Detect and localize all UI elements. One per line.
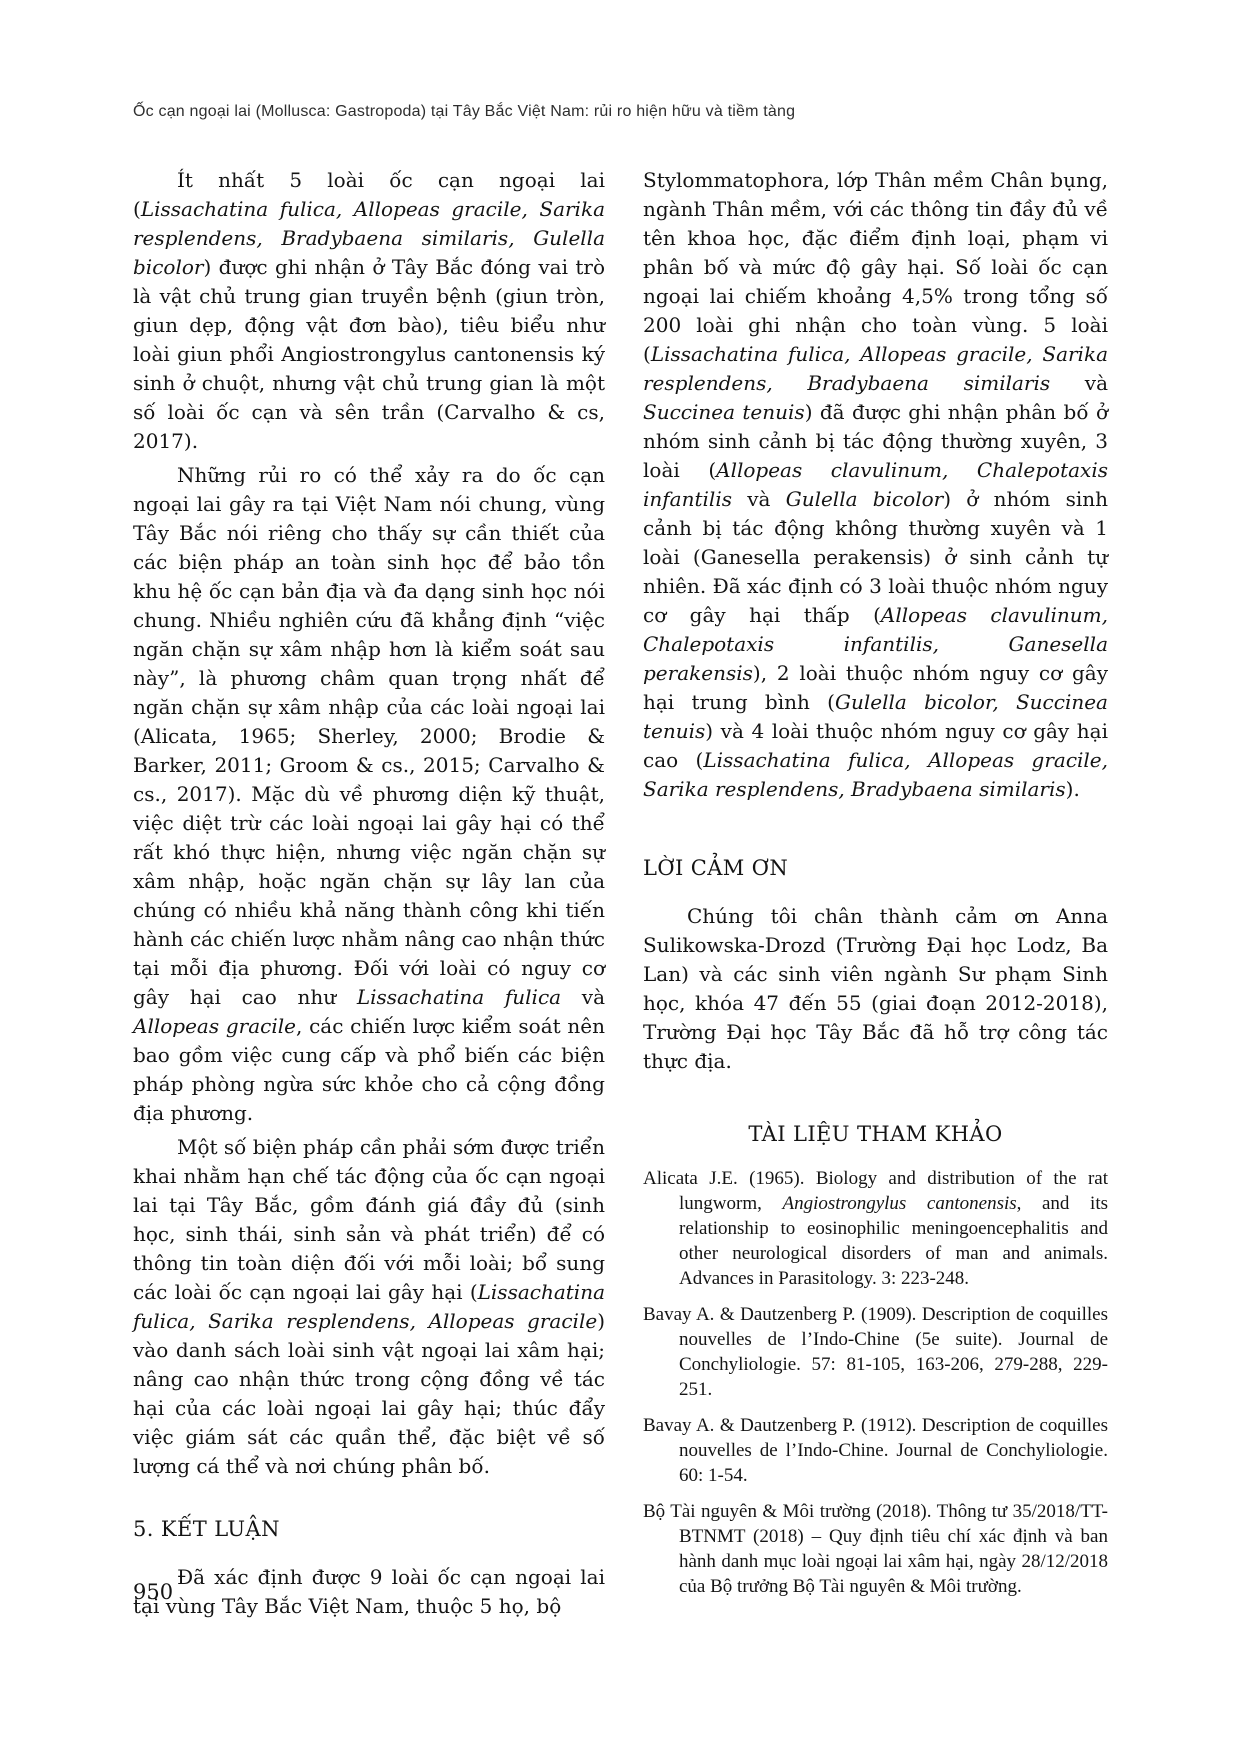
reference-entry: Bavay A. & Dautzenberg P. (1909). Descri… xyxy=(643,1302,1108,1402)
page-number: 950 xyxy=(133,1580,173,1604)
paragraph: Ít nhất 5 loài ốc cạn ngoại lai (Lissach… xyxy=(133,166,605,456)
left-column: Ít nhất 5 loài ốc cạn ngoại lai (Lissach… xyxy=(133,166,605,1626)
conclusion-paragraph: Đã xác định được 9 loài ốc cạn ngoại lai… xyxy=(133,1563,605,1621)
running-header: Ốc cạn ngoại lai (Mollusca: Gastropoda) … xyxy=(133,103,1033,121)
reference-entry: Alicata J.E. (1965). Biology and distrib… xyxy=(643,1166,1108,1291)
two-column-body: Ít nhất 5 loài ốc cạn ngoại lai (Lissach… xyxy=(133,166,1108,1626)
conclusion-heading: 5. KẾT LUẬN xyxy=(133,1517,605,1541)
paragraph: Một số biện pháp cần phải sớm được triển… xyxy=(133,1133,605,1481)
paragraph: Stylommatophora, lớp Thân mềm Chân bụng,… xyxy=(643,166,1108,804)
paragraph: Những rủi ro có thể xảy ra do ốc cạn ngo… xyxy=(133,461,605,1128)
paper-page: Ốc cạn ngoại lai (Mollusca: Gastropoda) … xyxy=(0,0,1240,1753)
acknowledgement-paragraph: Chúng tôi chân thành cảm ơn Anna Sulikow… xyxy=(643,902,1108,1076)
reference-entry: Bộ Tài nguyên & Môi trường (2018). Thông… xyxy=(643,1499,1108,1599)
right-column: Stylommatophora, lớp Thân mềm Chân bụng,… xyxy=(643,166,1108,1626)
reference-entry: Bavay A. & Dautzenberg P. (1912). Descri… xyxy=(643,1413,1108,1488)
acknowledgement-heading: LỜI CẢM ƠN xyxy=(643,856,1108,880)
references-heading: TÀI LIỆU THAM KHẢO xyxy=(643,1122,1108,1146)
